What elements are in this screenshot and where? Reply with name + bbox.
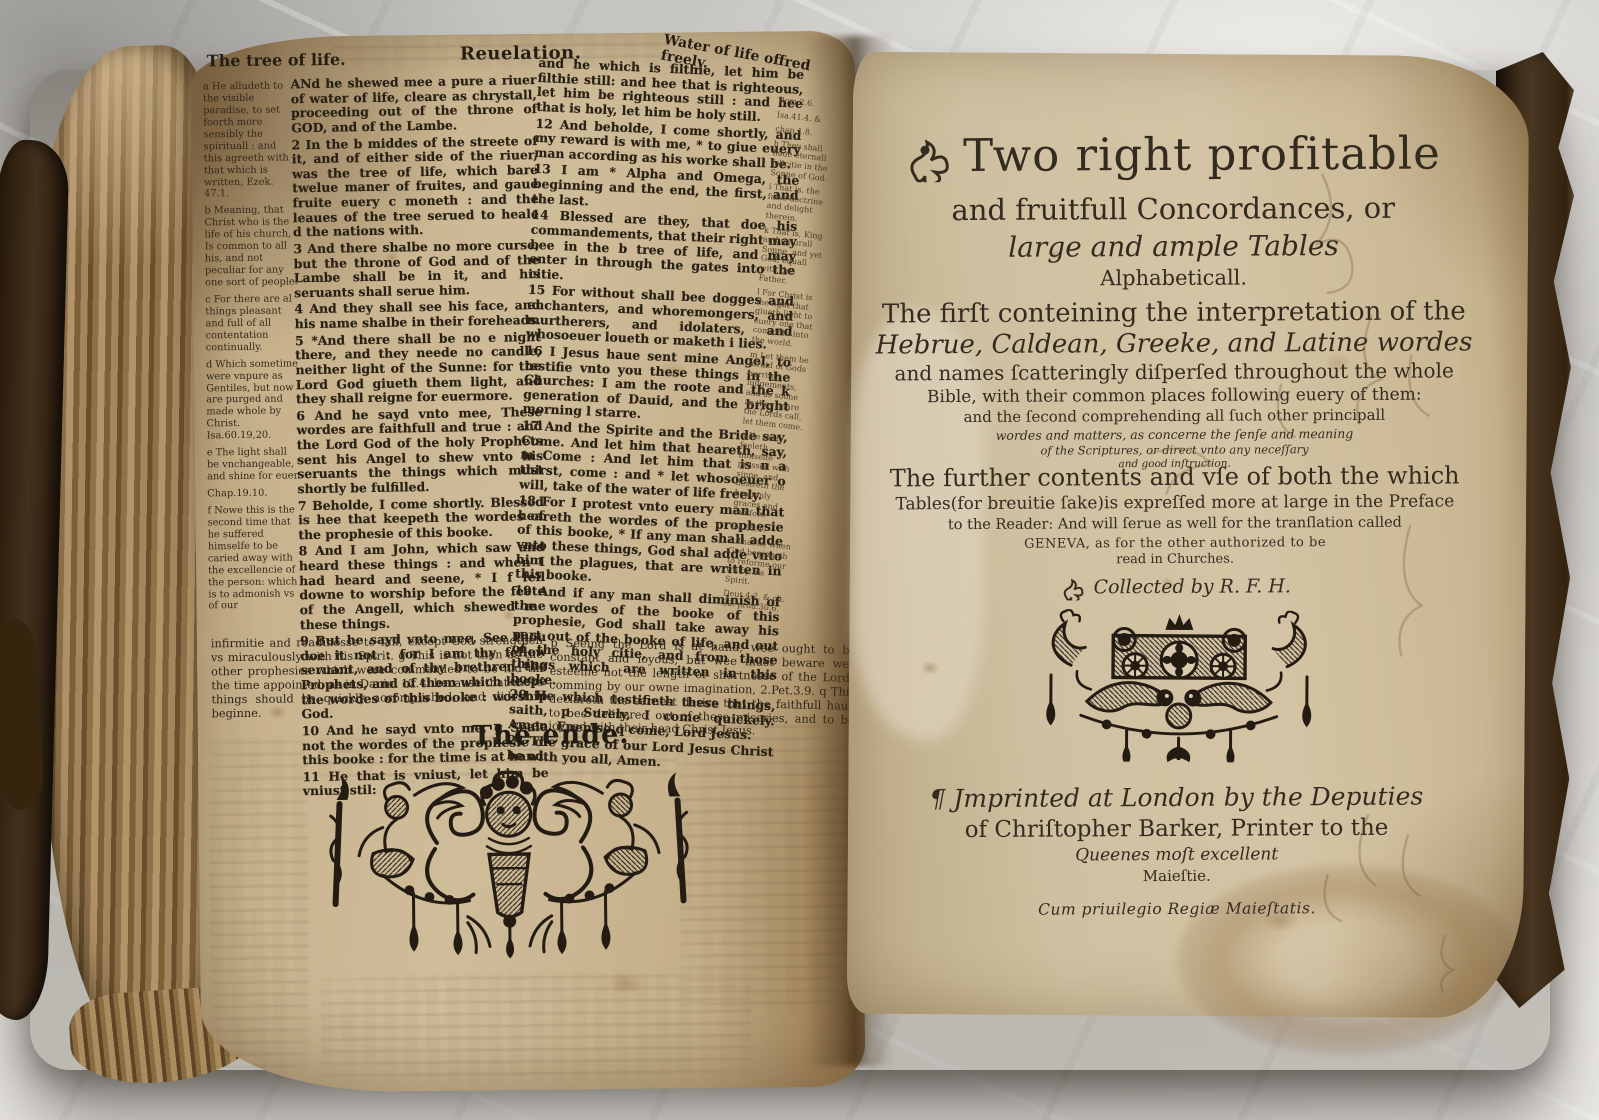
text-line: Isa.55.1. — [730, 521, 795, 538]
the-ende-colophon: The ende. — [436, 719, 666, 752]
running-head-left: The tree of life. — [207, 50, 346, 70]
title-line-4: Alphabeticall. — [859, 264, 1489, 291]
main-title-row: Two right profitable — [858, 126, 1488, 182]
left-margin-notes: a He alludeth to the visible paradise, t… — [203, 80, 303, 617]
text-line: Deut.4.2. & ch. 32. prou.30.6. — [722, 589, 788, 615]
first-table-description: The firſt conteining the interpretation … — [859, 296, 1490, 473]
show-through-text — [320, 970, 751, 1086]
text-line: Tables(for breuitie ſake)is expreſſed mo… — [860, 490, 1490, 516]
tailpiece-woodcut-ornament — [316, 754, 702, 966]
title-page-text: Two right profitable and fruitfull Conco… — [857, 52, 1492, 1017]
text-line: a He alludeth to the visible paradise, t… — [203, 80, 298, 200]
text-line: d Which sometime were vnpure as Gentiles… — [206, 358, 301, 443]
right-page-concordance-title: Two right profitable and fruitfull Conco… — [847, 52, 1530, 1019]
text-line: Chap.19.10. — [207, 487, 301, 500]
text-line: of Chriſtopher Barker, Printer to the — [861, 813, 1491, 846]
left-page-revelation: The tree of life. Reuelation. Water of l… — [190, 31, 865, 1094]
fleuron-icon — [905, 130, 949, 182]
text-line: The firſt conteining the interpretation … — [859, 296, 1489, 330]
text-line: f Nowe this is the second time that he s… — [207, 504, 302, 612]
text-line: Maieſtie. — [862, 866, 1492, 889]
further-contents-description: The further contents and vſe of both the… — [860, 460, 1491, 570]
text-line: m Let them be afraid of Gods horrible iu… — [742, 349, 814, 432]
text-line: n He that feeleth himselfe pressed with … — [732, 431, 805, 524]
text-line: 14 Blessed are they, that doe his comman… — [528, 208, 797, 293]
printers-ornament-woodcut — [1028, 609, 1329, 763]
text-line: 6 And he sayd vnto mee, These wordes are… — [296, 405, 543, 497]
text-line: 4 And they shall see his face, and his n… — [294, 298, 540, 332]
text-line: Queenes moſt excellent — [862, 843, 1492, 869]
text-line: 3 And there shalbe no more curse, but th… — [293, 238, 540, 301]
imprint-block: ¶ Jmprinted at London by the Deputiesof … — [861, 780, 1492, 888]
text-line: 2 In the b middes of the streete of it, … — [291, 134, 539, 241]
privilege-line: Cum priuilegio Regiæ Maieſtatis. — [862, 898, 1492, 919]
show-through-text — [208, 736, 312, 1077]
text-line: 5 *And there shall be no e night there, … — [295, 330, 542, 407]
title-line-3: large and ample Tables — [858, 228, 1488, 264]
text-line: c For there are al things pleasant and f… — [205, 293, 300, 354]
collected-by: Collected by R. F. H. — [1094, 575, 1291, 598]
text-line: ¶ Jmprinted at London by the Deputies — [861, 780, 1491, 816]
text-line: 7 Beholde, I come shortly. Blessed is he… — [298, 494, 545, 542]
footnote-g: infirmitie and readinesse to fall, excep… — [211, 634, 544, 721]
title-line-2: and fruitfull Concordances, or — [858, 190, 1488, 227]
text-line: to the Reader: And will ſerue as well fo… — [860, 513, 1490, 536]
main-title: Two right profitable — [963, 127, 1441, 183]
fleuron-icon — [1060, 574, 1086, 600]
text-line: read in Churches. — [860, 550, 1490, 570]
text-line: and names ſcatteringly diſperſed through… — [859, 359, 1489, 387]
text-line: Bible, with their common places followin… — [859, 384, 1489, 409]
text-line: o That is, when God beginneth to reforme… — [724, 536, 793, 591]
text-line: e The light shall be vnchangeable, and s… — [207, 447, 301, 484]
text-line: The further contents and vſe of both the… — [860, 460, 1490, 493]
photo-of-open-antique-bible: The tree of life. Reuelation. Water of l… — [0, 0, 1599, 1120]
text-line: and he which is filthie, let him be filt… — [536, 56, 804, 127]
collected-by-row: Collected by R. F. H. — [860, 572, 1490, 601]
text-line: b Meaning, that Christ who is the life o… — [204, 205, 299, 290]
text-line: Hebrue, Caldean, Greeke, and Latine word… — [859, 327, 1489, 361]
text-line: 8 And I am John, which saw and heard the… — [299, 540, 546, 632]
text-line: ANd he shewed mee a pure a riuer of wate… — [290, 73, 537, 136]
